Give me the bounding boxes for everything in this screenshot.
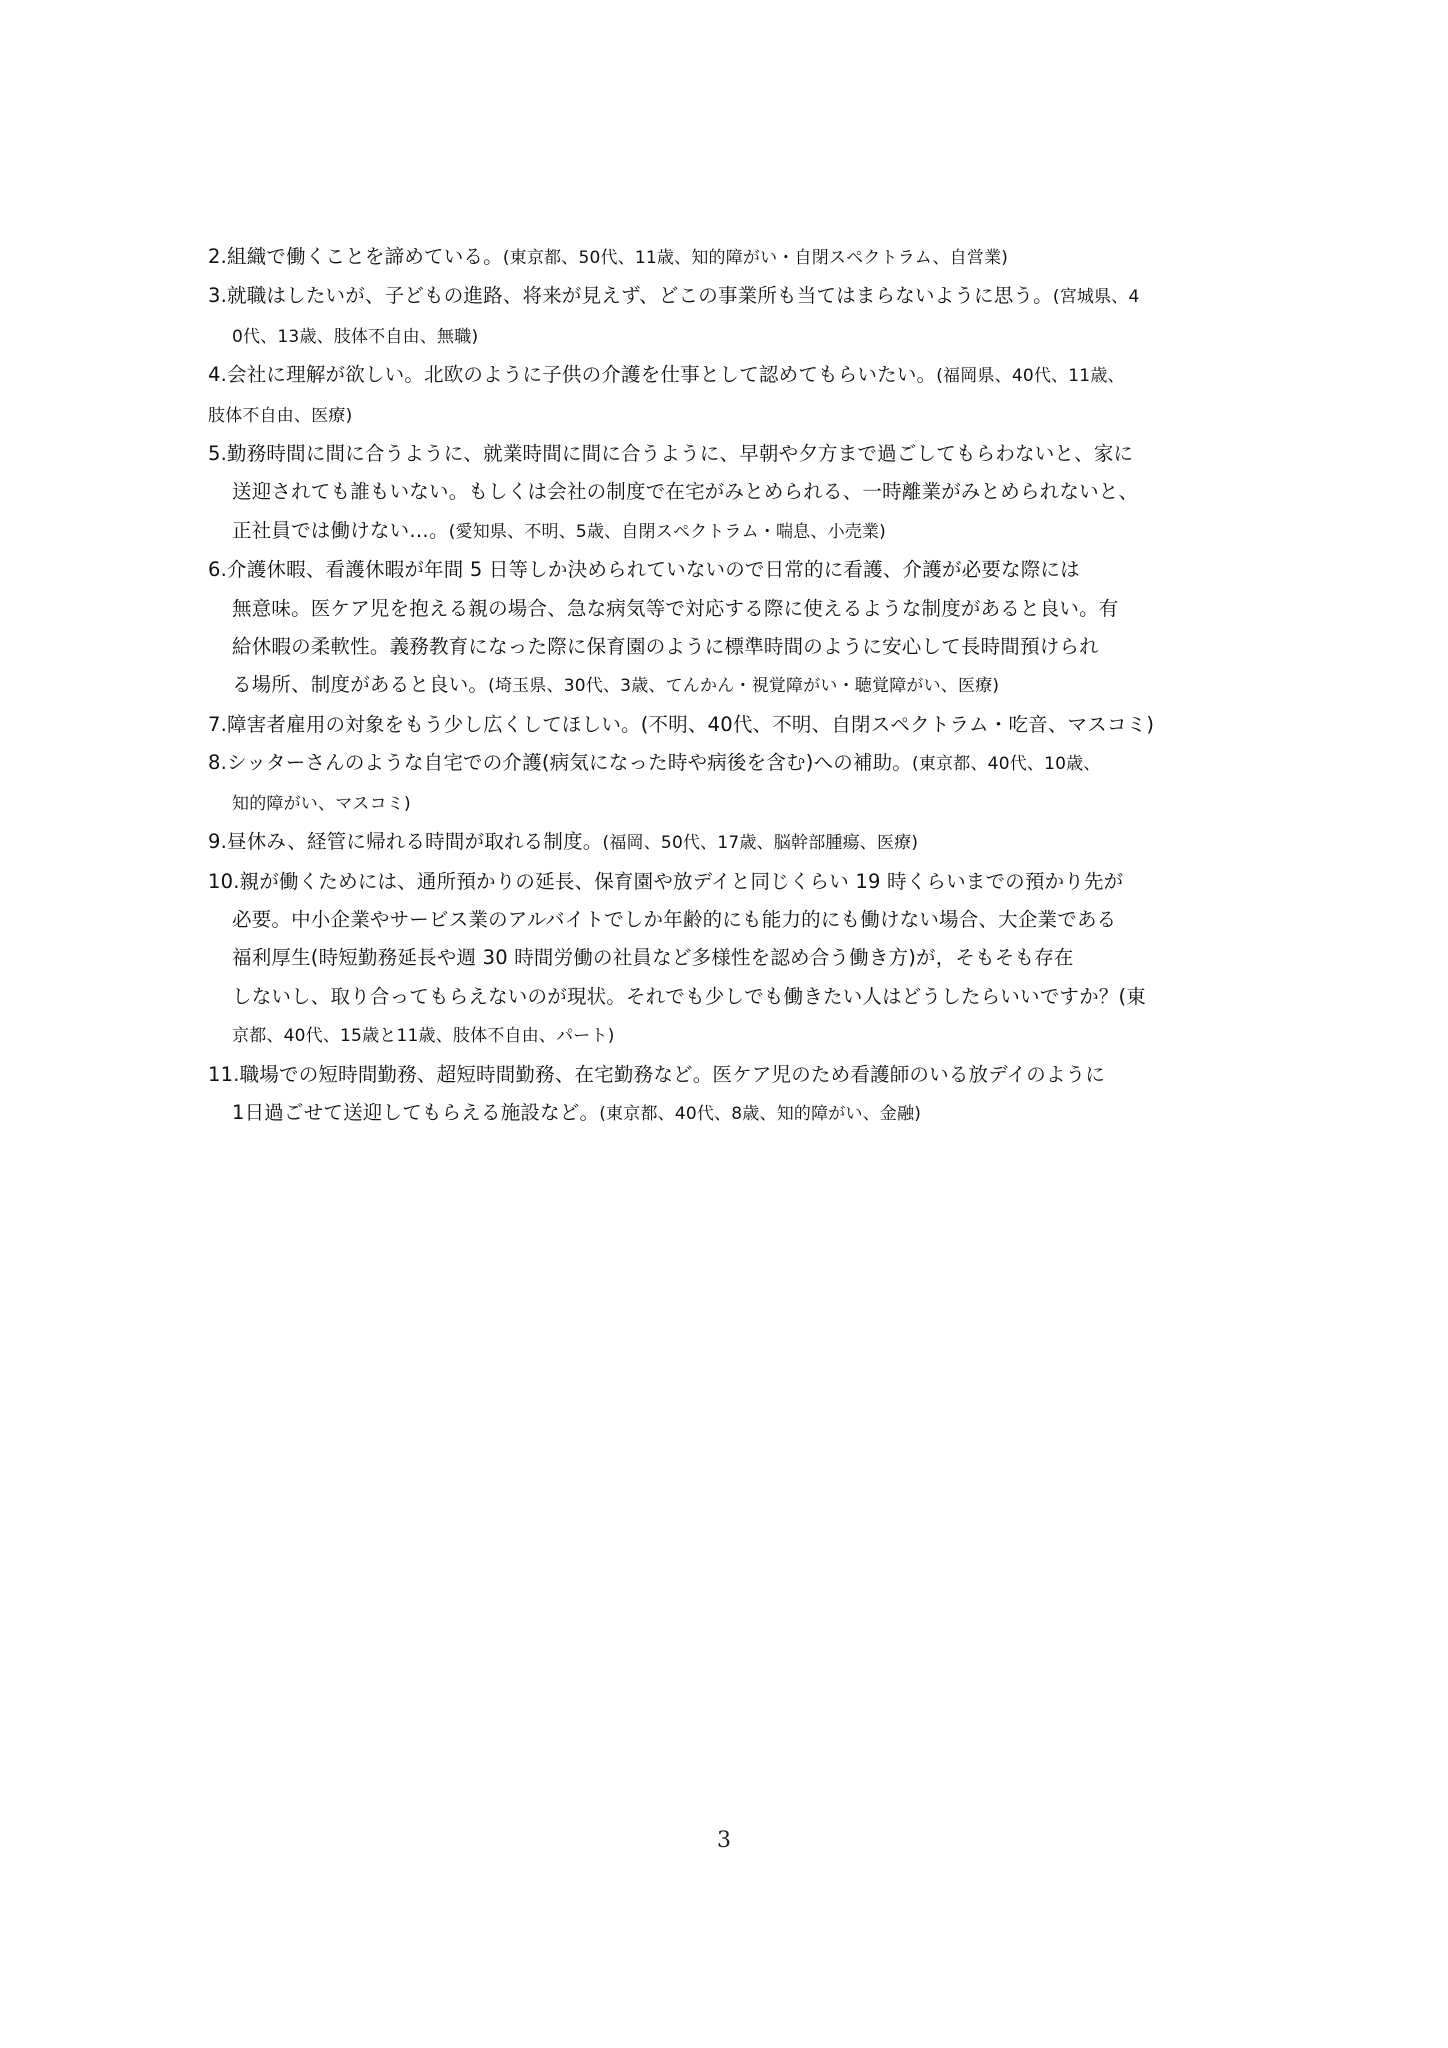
item-number: 10. [208,870,240,893]
list-item-line: しないし、取り合ってもらえないのが現状。それでも少しでも働きたい人はどうしたらい… [208,978,1248,1016]
item-text: 職場での短時間勤務、超短時間勤務、在宅勤務など。医ケア児のため看護師のいる放デイ… [240,1063,1105,1086]
list-item-line: 送迎されても誰もいない。もしくは会社の制度で在宅がみとめられる、一時離業がみとめ… [208,473,1248,511]
item-text: 会社に理解が欲しい。北欧のように子供の介護を仕事として認めてもらいたい。 [227,363,936,386]
list-item: 7.障害者雇用の対象をもう少し広くしてほしい。(不明、40代、不明、自閉スペクト… [208,706,1248,744]
item-text: 就職はしたいが、子どもの進路、将来が見えず、どこの事業所も当てはまらないように思… [227,284,1053,307]
list-item: 2.組織で働くことを諦めている。(東京都、50代、11歳、知的障がい・自閉スペク… [208,238,1248,277]
item-text: 介護休暇、看護休暇が年間 5 日等しか決められていないので日常的に看護、介護が必… [227,558,1080,581]
list-item-line: 0代、13歳、肢体不自由、無職) [208,317,1248,356]
item-text: 必要。中小企業やサービス業のアルバイトでしか年齢的にも能力的にも働けない場合、大… [232,908,1116,931]
respondent-info: (愛知県、不明、5歳、自閉スペクトラム・喘息、小売業) [449,522,886,542]
respondent-info: 肢体不自由、医療) [208,406,352,426]
document-page: 2.組織で働くことを諦めている。(東京都、50代、11歳、知的障がい・自閉スペク… [0,0,1448,2048]
item-text: 親が働くためには、通所預かりの延長、保育園や放デイと同じくらい 19 時くらいま… [240,870,1124,893]
list-item-line: 福利厚生(時短勤務延長や週 30 時間労働の社員など多様性を認め合う働き方)が，… [208,939,1248,977]
list-item-line: 11.職場での短時間勤務、超短時間勤務、在宅勤務など。医ケア児のため看護師のいる… [208,1056,1248,1094]
respondent-info: (東京都、40代、10歳、 [912,754,1101,774]
list-item: 5.勤務時間に間に合うように、就業時間に間に合うように、早朝や夕方まで過ごしても… [208,435,1248,551]
item-text: 無意味。医ケア児を抱える親の場合、急な病気等で対応する際に使えるような制度がある… [232,597,1119,620]
list-item-line: 1日過ごせて送迎してもらえる施設など。(東京都、40代、8歳、知的障がい、金融) [208,1094,1248,1133]
item-number: 9. [208,830,227,853]
list-item: 9.昼休み、経管に帰れる時間が取れる制度。(福岡、50代、17歳、脳幹部腫瘍、医… [208,823,1248,862]
list-item-line: 必要。中小企業やサービス業のアルバイトでしか年齢的にも能力的にも働けない場合、大… [208,901,1248,939]
list-item-line: 9.昼休み、経管に帰れる時間が取れる制度。(福岡、50代、17歳、脳幹部腫瘍、医… [208,823,1248,862]
list-item-line: 給休暇の柔軟性。義務教育になった際に保育園のように標準時間のように安心して長時間… [208,628,1248,666]
list-item-line: 7.障害者雇用の対象をもう少し広くしてほしい。(不明、40代、不明、自閉スペクト… [208,706,1248,744]
list-item-line: 肢体不自由、医療) [208,396,1248,435]
list-item-line: 2.組織で働くことを諦めている。(東京都、50代、11歳、知的障がい・自閉スペク… [208,238,1248,277]
item-number: 7. [208,713,227,736]
item-text: 組織で働くことを諦めている。 [227,245,503,268]
respondent-info: (福岡、50代、17歳、脳幹部腫瘍、医療) [603,833,919,853]
item-number: 8. [208,751,227,774]
item-text: 福利厚生(時短勤務延長や週 30 時間労働の社員など多様性を認め合う働き方)が，… [232,946,1074,969]
item-number: 11. [208,1063,240,1086]
item-number: 5. [208,442,227,465]
list-item: 8.シッターさんのような自宅での介護(病気になった時や病後を含む)への補助。(東… [208,744,1248,823]
respondent-info: 京都、40代、15歳と11歳、肢体不自由、パート) [232,1026,615,1046]
list-item-line: 正社員では働けない…。(愛知県、不明、5歳、自閉スペクトラム・喘息、小売業) [208,512,1248,551]
list-item: 10.親が働くためには、通所預かりの延長、保育園や放デイと同じくらい 19 時く… [208,863,1248,1056]
item-text: 送迎されても誰もいない。もしくは会社の制度で在宅がみとめられる、一時離業がみとめ… [232,480,1138,503]
page-number: 3 [0,1828,1448,1853]
list-item-line: 4.会社に理解が欲しい。北欧のように子供の介護を仕事として認めてもらいたい。(福… [208,356,1248,395]
item-number: 2. [208,245,227,268]
list-item: 11.職場での短時間勤務、超短時間勤務、在宅勤務など。医ケア児のため看護師のいる… [208,1056,1248,1134]
respondent-info: 0代、13歳、肢体不自由、無職) [232,327,478,347]
respondent-info: (宮城県、4 [1053,287,1140,307]
respondent-info: (東京都、50代、11歳、知的障がい・自閉スペクトラム、自営業) [503,248,1008,268]
item-text: 正社員では働けない…。 [232,519,449,542]
list-item-line: る場所、制度があると良い。(埼玉県、30代、3歳、てんかん・視覚障がい・聴覚障が… [208,666,1248,705]
item-text: る場所、制度があると良い。 [232,673,488,696]
item-number: 6. [208,558,227,581]
item-number: 4. [208,363,227,386]
respondent-info: (東京都、40代、8歳、知的障がい、金融) [599,1104,921,1124]
item-text: 障害者雇用の対象をもう少し広くしてほしい。(不明、40代、不明、自閉スペクトラム… [227,713,1154,736]
list-item-line: 3.就職はしたいが、子どもの進路、将来が見えず、どこの事業所も当てはまらないよう… [208,277,1248,316]
list-item-line: 10.親が働くためには、通所預かりの延長、保育園や放デイと同じくらい 19 時く… [208,863,1248,901]
item-text: しないし、取り合ってもらえないのが現状。それでも少しでも働きたい人はどうしたらい… [232,985,1146,1008]
list-item-line: 無意味。医ケア児を抱える親の場合、急な病気等で対応する際に使えるような制度がある… [208,590,1248,628]
item-text: 勤務時間に間に合うように、就業時間に間に合うように、早朝や夕方まで過ごしてもらわ… [227,442,1133,465]
response-list: 2.組織で働くことを諦めている。(東京都、50代、11歳、知的障がい・自閉スペク… [208,238,1248,1133]
item-text: シッターさんのような自宅での介護(病気になった時や病後を含む)への補助。 [227,751,912,774]
list-item: 4.会社に理解が欲しい。北欧のように子供の介護を仕事として認めてもらいたい。(福… [208,356,1248,435]
list-item-line: 6.介護休暇、看護休暇が年間 5 日等しか決められていないので日常的に看護、介護… [208,551,1248,589]
list-item-line: 京都、40代、15歳と11歳、肢体不自由、パート) [208,1016,1248,1055]
respondent-info: (埼玉県、30代、3歳、てんかん・視覚障がい・聴覚障がい、医療) [488,676,999,696]
item-number: 3. [208,284,227,307]
list-item-line: 5.勤務時間に間に合うように、就業時間に間に合うように、早朝や夕方まで過ごしても… [208,435,1248,473]
list-item: 6.介護休暇、看護休暇が年間 5 日等しか決められていないので日常的に看護、介護… [208,551,1248,706]
list-item-line: 8.シッターさんのような自宅での介護(病気になった時や病後を含む)への補助。(東… [208,744,1248,783]
list-item-line: 知的障がい、マスコミ) [208,784,1248,823]
item-text: 昼休み、経管に帰れる時間が取れる制度。 [227,830,602,853]
item-text: 給休暇の柔軟性。義務教育になった際に保育園のように標準時間のように安心して長時間… [232,635,1099,658]
list-item: 3.就職はしたいが、子どもの進路、将来が見えず、どこの事業所も当てはまらないよう… [208,277,1248,356]
respondent-info: (福岡県、40代、11歳、 [936,366,1125,386]
respondent-info: 知的障がい、マスコミ) [232,794,411,814]
item-text: 1日過ごせて送迎してもらえる施設など。 [232,1101,599,1124]
